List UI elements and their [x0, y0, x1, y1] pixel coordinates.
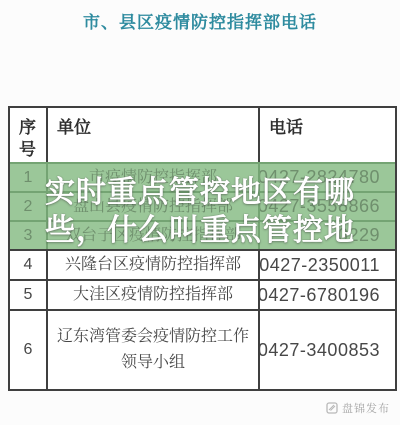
- unit-cell: 市疫情防控指挥部: [46, 164, 258, 191]
- table-row: 3 双台子区疫情防控指挥部 0229: [10, 220, 395, 249]
- unit-cell: 盘山县疫情防控指挥部: [46, 193, 258, 220]
- row-index-cell: 1: [10, 164, 46, 191]
- table-header-row: 序号 单位 电话: [10, 108, 395, 162]
- phone-cell: 0427-3558866: [258, 193, 395, 220]
- table-row: 2 盘山县疫情防控指挥部 0427-3558866: [10, 191, 395, 220]
- row-index-cell: 2: [10, 193, 46, 220]
- phone-cell: 0427-2350011: [258, 251, 395, 279]
- unit-cell: 双台子区疫情防控指挥部: [46, 222, 258, 249]
- phone-cell: 0427-3400853: [258, 311, 395, 389]
- unit-cell: 大洼区疫情防控指挥部: [46, 281, 258, 309]
- header-phone: 电话: [258, 108, 395, 162]
- phone-cell: 0229: [258, 222, 395, 249]
- row-index-cell: 4: [10, 251, 46, 279]
- phone-cell: 0427-2824780: [258, 164, 395, 191]
- row-index-cell: 5: [10, 281, 46, 309]
- phone-cell: 0427-6780196: [258, 281, 395, 309]
- row-index-cell: 3: [10, 222, 46, 249]
- row-index-cell: 6: [10, 311, 46, 389]
- phone-directory-table: 序号 单位 电话 1 市疫情防控指挥部 0427-2824780 2 盘山县疫情…: [8, 106, 397, 391]
- page-title: 市、县区疫情防控指挥部电话: [0, 8, 400, 33]
- publisher-watermark-label: 盘锦发布: [342, 400, 390, 416]
- table-row: 1 市疫情防控指挥部 0427-2824780: [10, 162, 395, 191]
- header-index: 序号: [10, 108, 46, 162]
- publisher-logo-icon: [326, 402, 338, 414]
- table-row: 6 辽东湾管委会疫情防控工作领导小组 0427-3400853: [10, 309, 395, 389]
- table-row: 5 大洼区疫情防控指挥部 0427-6780196: [10, 279, 395, 309]
- header-unit: 单位: [46, 108, 258, 162]
- unit-cell: 辽东湾管委会疫情防控工作领导小组: [46, 311, 258, 389]
- publisher-watermark: 盘锦发布: [326, 400, 390, 416]
- unit-cell: 兴隆台区疫情防控指挥部: [46, 251, 258, 279]
- table-row: 4 兴隆台区疫情防控指挥部 0427-2350011: [10, 249, 395, 279]
